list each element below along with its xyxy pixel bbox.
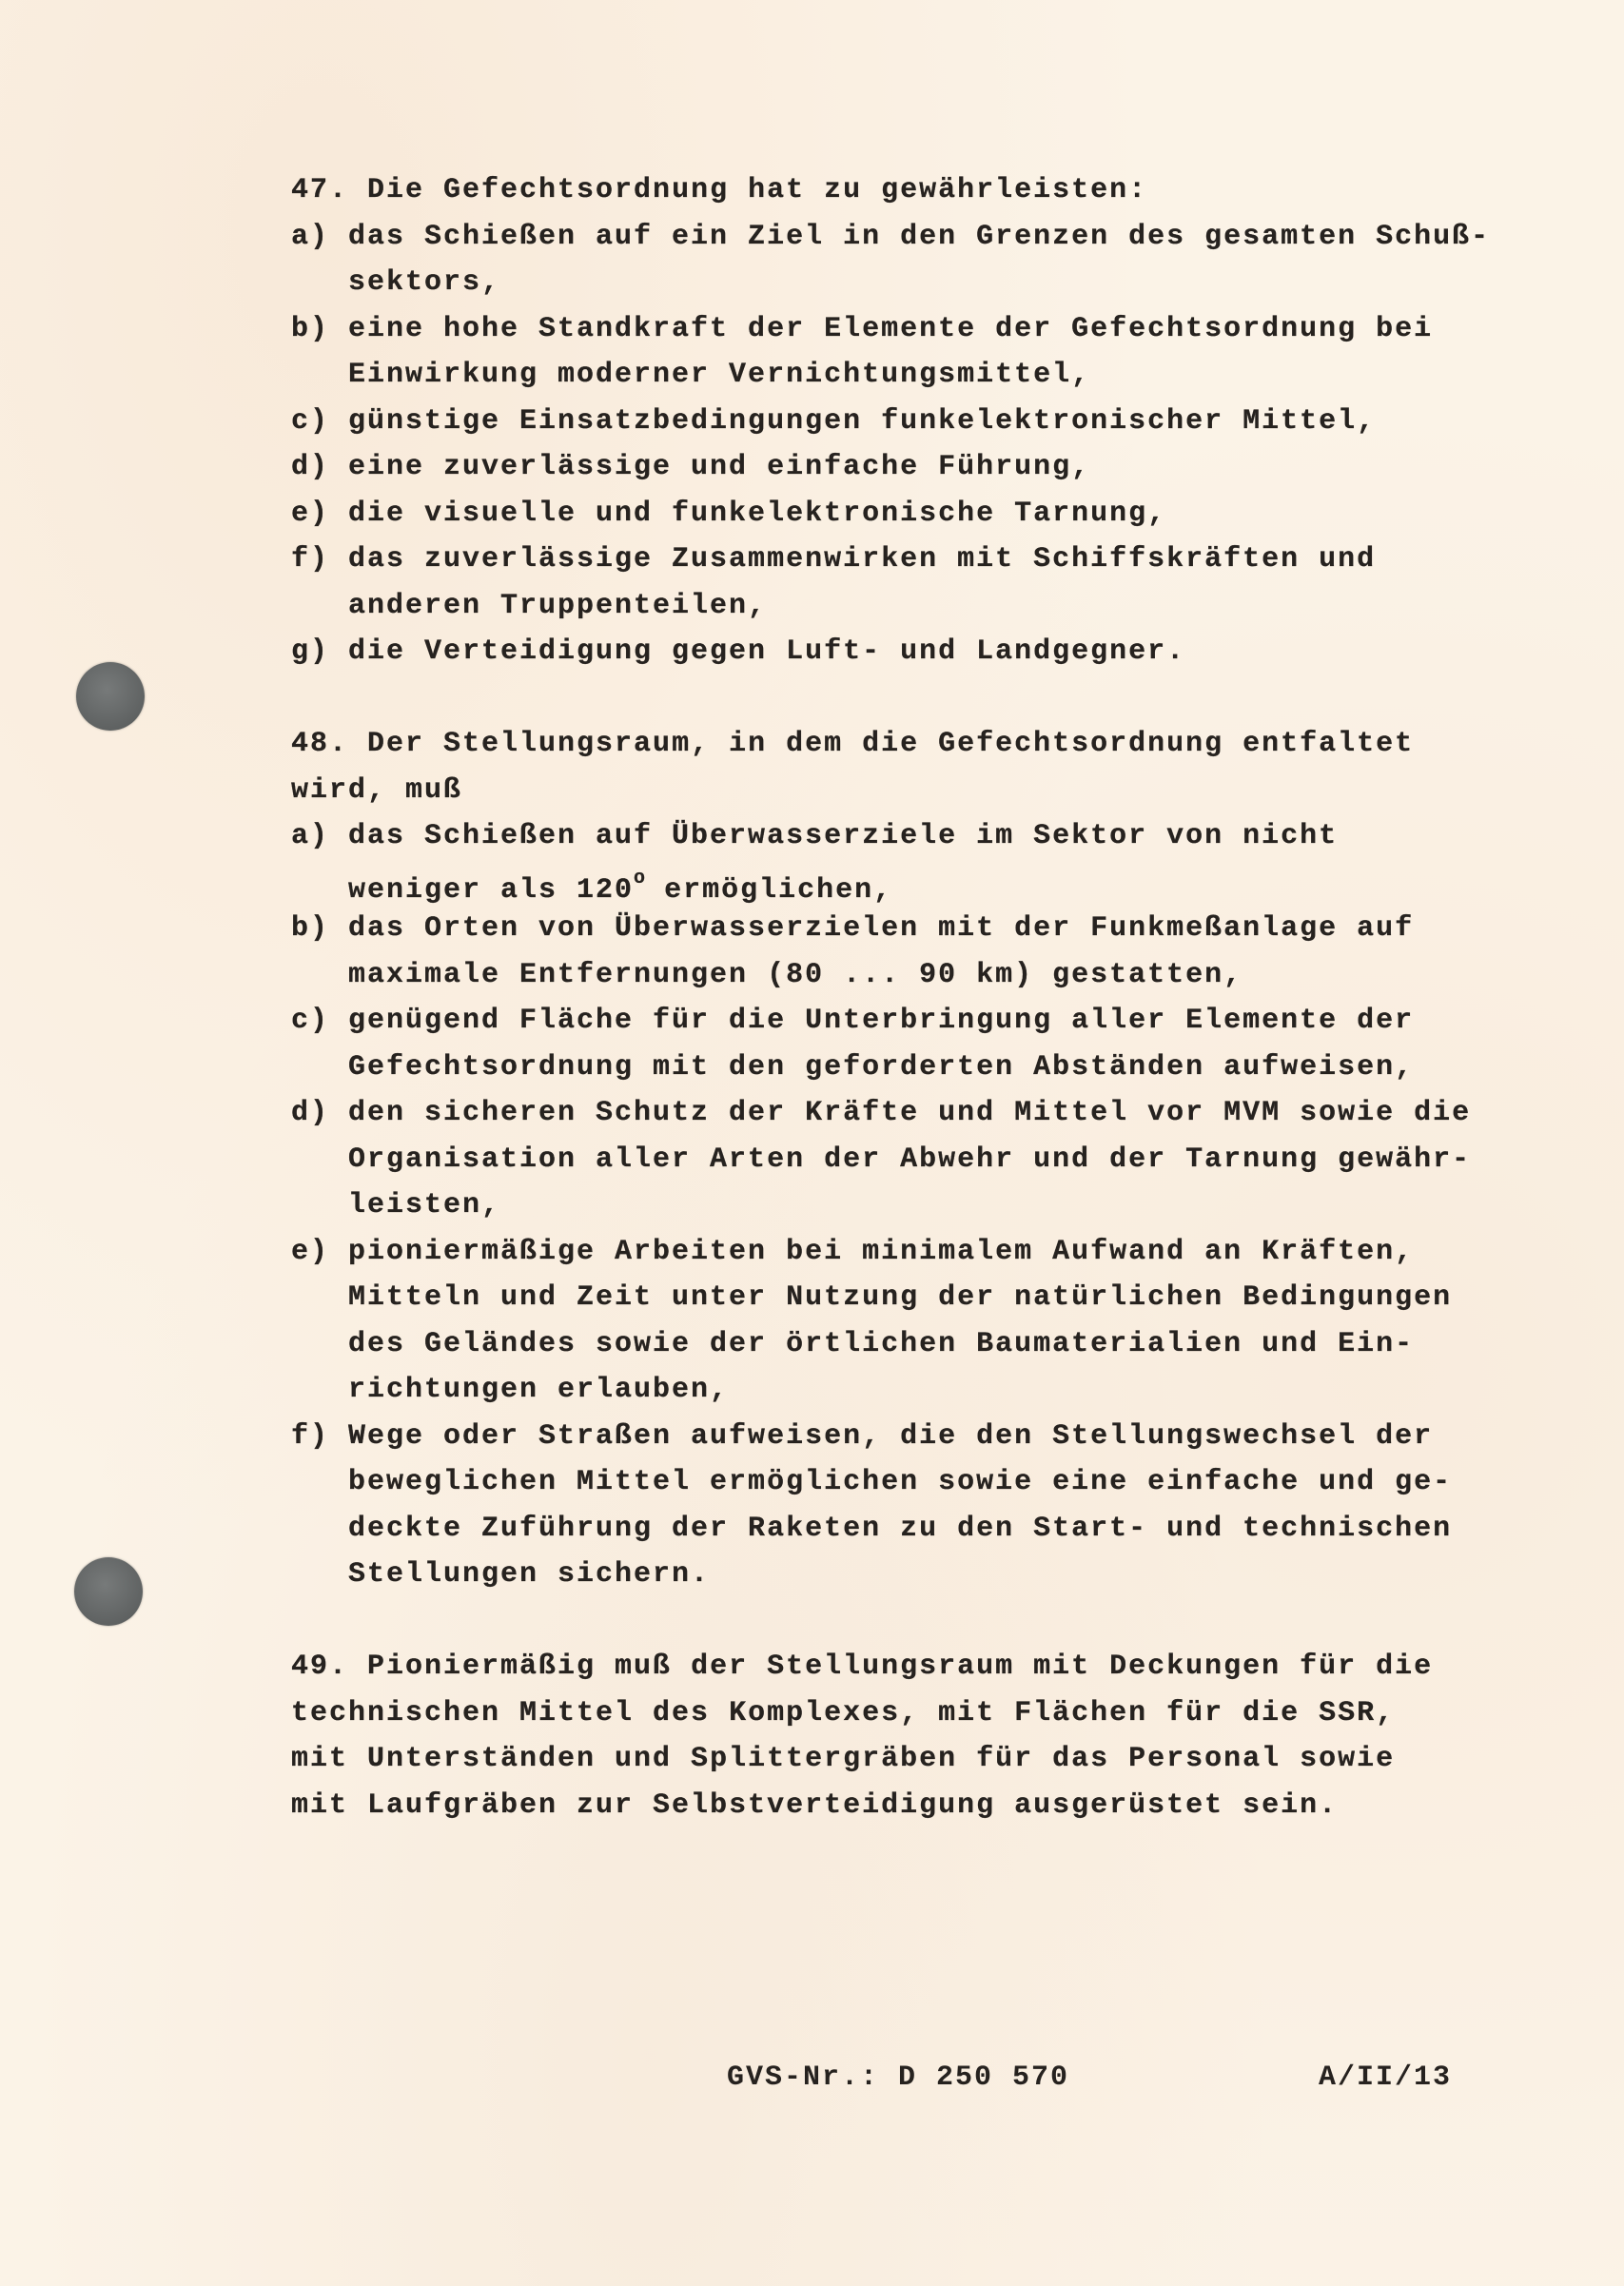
list-item-line: a)das Schießen auf ein Ziel in den Grenz…	[291, 214, 1528, 261]
list-item-line: beweglichen Mittel ermöglichen sowie ein…	[291, 1459, 1528, 1506]
list-item-text: das Orten von Überwasserzielen mit der F…	[348, 912, 1414, 945]
list-item-label: e)	[291, 491, 348, 537]
list-item-line: maximale Entfernungen (80 ... 90 km) ges…	[291, 952, 1528, 999]
blank-line	[291, 675, 1528, 722]
list-item-line: anderen Truppenteilen,	[291, 583, 1528, 630]
page-reference: A/II/13	[1319, 2055, 1452, 2100]
list-item-text: Wege oder Straßen aufweisen, die den Ste…	[348, 1420, 1433, 1453]
list-item-text: das Schießen auf ein Ziel in den Grenzen…	[348, 221, 1490, 253]
list-item-line: weniger als 120o ermöglichen,	[291, 860, 1528, 907]
degree-sign: o	[634, 868, 645, 889]
section-number: 49.	[291, 1651, 367, 1683]
section-intro-line: mit Laufgräben zur Selbstverteidigung au…	[291, 1783, 1528, 1829]
list-item-text: die Verteidigung gegen Luft- und Landgeg…	[348, 635, 1185, 668]
list-item-line: Stellungen sichern.	[291, 1552, 1528, 1598]
list-item-label: f)	[291, 537, 348, 583]
list-item-text: sektors,	[348, 266, 500, 299]
list-item-text: eine hohe Standkraft der Elemente der Ge…	[348, 313, 1433, 345]
list-item-line: des Geländes sowie der örtlichen Baumate…	[291, 1321, 1528, 1368]
list-item-text: deckte Zuführung der Raketen zu den Star…	[348, 1513, 1452, 1545]
list-item-line: g)die Verteidigung gegen Luft- und Landg…	[291, 629, 1528, 675]
list-item-text: den sicheren Schutz der Kräfte und Mitte…	[348, 1097, 1471, 1129]
list-item-text: das Schießen auf Überwasserziele im Sekt…	[348, 820, 1338, 852]
list-item-line: c)genügend Fläche für die Unterbringung …	[291, 998, 1528, 1045]
list-item-label: c)	[291, 399, 348, 445]
list-item-text: die visuelle und funkelektronische Tarnu…	[348, 498, 1166, 530]
list-item-line: e)die visuelle und funkelektronische Tar…	[291, 491, 1528, 537]
list-item-text: Organisation aller Arten der Abwehr und …	[348, 1143, 1471, 1176]
list-item-text: des Geländes sowie der örtlichen Baumate…	[348, 1328, 1414, 1360]
blank-line	[291, 1598, 1528, 1645]
list-item-line: Einwirkung moderner Vernichtungsmittel,	[291, 352, 1528, 399]
section-text: Die Gefechtsordnung hat zu gewährleisten…	[367, 174, 1147, 206]
list-item-text: pioniermäßige Arbeiten bei minimalem Auf…	[348, 1236, 1414, 1268]
list-item-text: das zuverlässige Zusammenwirken mit Schi…	[348, 543, 1376, 576]
document-page: 47. Die Gefechtsordnung hat zu gewährlei…	[0, 0, 1624, 2286]
list-item-text: richtungen erlauben,	[348, 1374, 729, 1406]
document-body: 47. Die Gefechtsordnung hat zu gewährlei…	[291, 167, 1528, 1828]
list-item-text: Einwirkung moderner Vernichtungsmittel,	[348, 359, 1090, 391]
list-item-line: leisten,	[291, 1182, 1528, 1229]
section-text: Der Stellungsraum, in dem die Gefechtsor…	[367, 728, 1414, 760]
list-item-text: Gefechtsordnung mit den geforderten Abst…	[348, 1051, 1414, 1084]
punch-hole-bottom	[74, 1557, 143, 1626]
section-text: mit Laufgräben zur Selbstverteidigung au…	[291, 1789, 1338, 1822]
section-number: 47.	[291, 174, 367, 206]
section-intro-line: mit Unterständen und Splittergräben für …	[291, 1736, 1528, 1783]
list-item-line: c)günstige Einsatzbedingungen funkelektr…	[291, 399, 1528, 445]
list-item-line: Mitteln und Zeit unter Nutzung der natür…	[291, 1275, 1528, 1321]
section-heading-49: 49. Pioniermäßig muß der Stellungsraum m…	[291, 1644, 1528, 1690]
list-item-label: g)	[291, 629, 348, 675]
section-text: Pioniermäßig muß der Stellungsraum mit D…	[367, 1651, 1433, 1683]
list-item-text: maximale Entfernungen (80 ... 90 km) ges…	[348, 959, 1242, 991]
list-item-text: eine zuverlässige und einfache Führung,	[348, 451, 1090, 483]
list-item-text: günstige Einsatzbedingungen funkelektron…	[348, 405, 1376, 438]
section-text: technischen Mittel des Komplexes, mit Fl…	[291, 1697, 1395, 1729]
list-item-label: b)	[291, 906, 348, 952]
list-item-text: genügend Fläche für die Unterbringung al…	[348, 1005, 1414, 1037]
list-item-line: b)eine hohe Standkraft der Elemente der …	[291, 306, 1528, 353]
list-item-text: anderen Truppenteilen,	[348, 590, 767, 622]
section-heading-48: 48. Der Stellungsraum, in dem die Gefech…	[291, 721, 1528, 768]
section-intro-line: technischen Mittel des Komplexes, mit Fl…	[291, 1690, 1528, 1737]
list-item-text: beweglichen Mittel ermöglichen sowie ein…	[348, 1466, 1452, 1498]
list-item-line: b)das Orten von Überwasserzielen mit der…	[291, 906, 1528, 952]
section-number: 48.	[291, 728, 367, 760]
list-item-text: Stellungen sichern.	[348, 1558, 710, 1591]
list-item-label: a)	[291, 813, 348, 860]
section-text: wird, muß	[291, 774, 462, 807]
list-item-line: e)pioniermäßige Arbeiten bei minimalem A…	[291, 1229, 1528, 1276]
list-item-line: f)das zuverlässige Zusammenwirken mit Sc…	[291, 537, 1528, 583]
list-item-label: d)	[291, 444, 348, 491]
list-item-line: d)den sicheren Schutz der Kräfte und Mit…	[291, 1090, 1528, 1137]
list-item-line: Organisation aller Arten der Abwehr und …	[291, 1137, 1528, 1183]
punch-hole-top	[76, 662, 145, 731]
section-text: mit Unterständen und Splittergräben für …	[291, 1743, 1395, 1775]
list-item-label: e)	[291, 1229, 348, 1276]
list-item-line: a)das Schießen auf Überwasserziele im Se…	[291, 813, 1528, 860]
list-item-label: c)	[291, 998, 348, 1045]
list-item-line: d)eine zuverlässige und einfache Führung…	[291, 444, 1528, 491]
list-item-line: Gefechtsordnung mit den geforderten Abst…	[291, 1045, 1528, 1091]
list-item-label: b)	[291, 306, 348, 353]
list-item-text: weniger als 120o ermöglichen,	[348, 874, 892, 907]
list-item-line: sektors,	[291, 260, 1528, 306]
list-item-text: Mitteln und Zeit unter Nutzung der natür…	[348, 1281, 1452, 1314]
document-number: GVS-Nr.: D 250 570	[727, 2055, 1069, 2100]
list-item-text: leisten,	[348, 1189, 500, 1221]
list-item-line: f)Wege oder Straßen aufweisen, die den S…	[291, 1414, 1528, 1460]
list-item-label: f)	[291, 1414, 348, 1460]
section-intro-line: wird, muß	[291, 768, 1528, 814]
section-heading-47: 47. Die Gefechtsordnung hat zu gewährlei…	[291, 167, 1528, 214]
list-item-line: richtungen erlauben,	[291, 1367, 1528, 1414]
list-item-label: d)	[291, 1090, 348, 1137]
list-item-label: a)	[291, 214, 348, 261]
list-item-line: deckte Zuführung der Raketen zu den Star…	[291, 1506, 1528, 1553]
